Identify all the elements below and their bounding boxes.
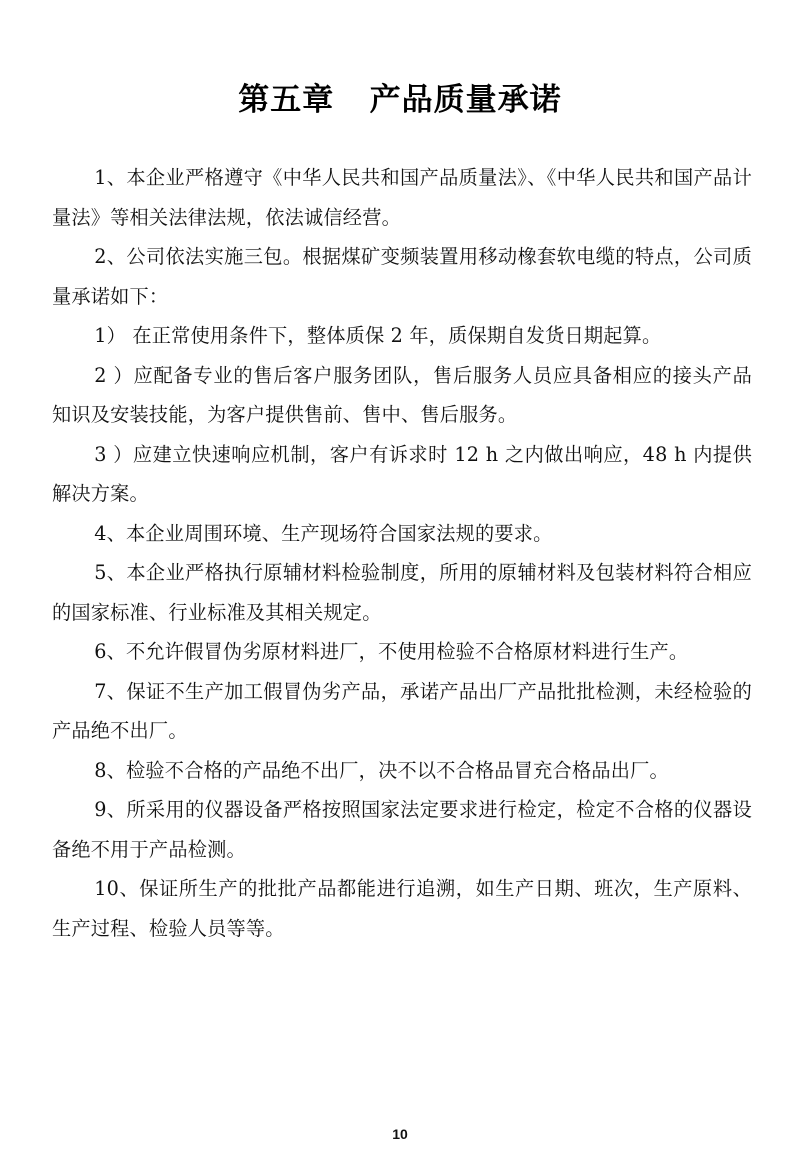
paragraph-item-9: 9、所采用的仪器设备严格按照国家法定要求进行检定，检定不合格的仪器设备绝不用于产… [52,790,752,869]
paragraph-subitem-1: 1） 在正常使用条件下，整体质保 2 年，质保期自发货日期起算。 [52,316,752,356]
paragraph-item-8: 8、检验不合格的产品绝不出厂，决不以不合格品冒充合格品出厂。 [52,751,752,791]
paragraph-item-1: 1、本企业严格遵守《中华人民共和国产品质量法》、《中华人民共和国产品计量法》等相… [52,158,752,237]
chapter-title: 第五章 产品质量承诺 [0,74,800,119]
page-number: 10 [0,1126,800,1142]
paragraph-item-7: 7、保证不生产加工假冒伪劣产品，承诺产品出厂产品批批检测，未经检验的产品绝不出厂… [52,672,752,751]
document-body: 1、本企业严格遵守《中华人民共和国产品质量法》、《中华人民共和国产品计量法》等相… [52,158,752,948]
paragraph-item-4: 4、本企业周围环境、生产现场符合国家法规的要求。 [52,514,752,554]
paragraph-subitem-3: 3 ）应建立快速响应机制，客户有诉求时 12 h 之内做出响应，48 h 内提供… [52,435,752,514]
paragraph-subitem-2: 2 ）应配备专业的售后客户服务团队，售后服务人员应具备相应的接头产品知识及安装技… [52,356,752,435]
paragraph-item-6: 6、不允许假冒伪劣原材料进厂，不使用检验不合格原材料进行生产。 [52,632,752,672]
document-page: 第五章 产品质量承诺 1、本企业严格遵守《中华人民共和国产品质量法》、《中华人民… [0,0,800,1170]
paragraph-item-2: 2、公司依法实施三包。根据煤矿变频装置用移动橡套软电缆的特点，公司质量承诺如下： [52,237,752,316]
paragraph-item-5: 5、本企业严格执行原辅材料检验制度，所用的原辅材料及包装材料符合相应的国家标准、… [52,553,752,632]
paragraph-item-10: 10、保证所生产的批批产品都能进行追溯，如生产日期、班次，生产原料、生产过程、检… [52,869,752,948]
